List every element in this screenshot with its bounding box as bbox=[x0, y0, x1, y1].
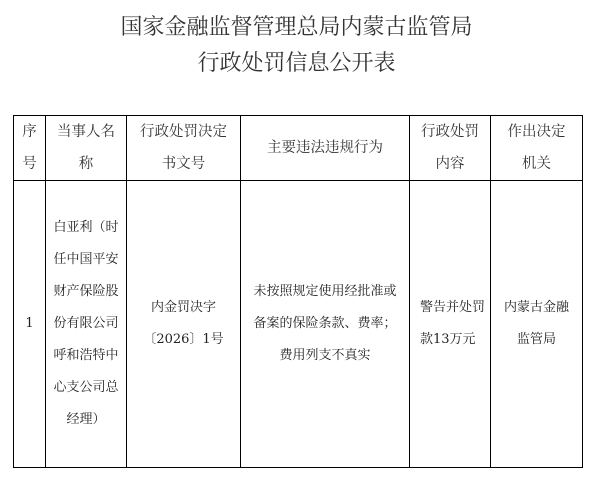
column-header-violation: 主要违法违规行为 bbox=[241, 116, 410, 181]
column-header-decision-no: 行政处罚决定书文号 bbox=[127, 116, 241, 181]
cell-party: 白亚利（时任中国平安财产保险股份有限公司呼和浩特中心支公司总经理） bbox=[46, 181, 127, 468]
cell-violation: 未按照规定使用经批准或备案的保险条款、费率；费用列支不真实 bbox=[241, 181, 410, 468]
page-title: 国家金融监督管理总局内蒙古监管局 bbox=[0, 10, 593, 41]
page-subtitle: 行政处罚信息公开表 bbox=[0, 46, 593, 77]
penalty-table: 序号 当事人名称 行政处罚决定书文号 主要违法违规行为 行政处罚内容 作出决定机… bbox=[13, 115, 583, 468]
cell-decision-no: 内金罚决字〔2026〕1号 bbox=[127, 181, 241, 468]
cell-penalty: 警告并处罚款13万元 bbox=[410, 181, 491, 468]
column-header-index: 序号 bbox=[14, 116, 46, 181]
table-header-row: 序号 当事人名称 行政处罚决定书文号 主要违法违规行为 行政处罚内容 作出决定机… bbox=[14, 116, 583, 181]
column-header-penalty: 行政处罚内容 bbox=[410, 116, 491, 181]
cell-index: 1 bbox=[14, 181, 46, 468]
column-header-party: 当事人名称 bbox=[46, 116, 127, 181]
cell-authority: 内蒙古金融监管局 bbox=[491, 181, 583, 468]
table-row: 1 白亚利（时任中国平安财产保险股份有限公司呼和浩特中心支公司总经理） 内金罚决… bbox=[14, 181, 583, 468]
column-header-authority: 作出决定机关 bbox=[491, 116, 583, 181]
